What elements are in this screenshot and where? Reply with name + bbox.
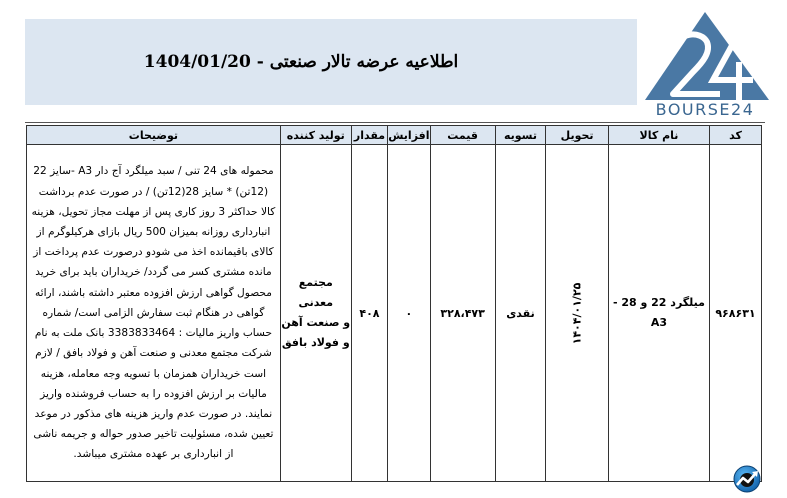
column-header-quantity: مقدار [351, 126, 388, 145]
column-header-description: توضیحات [27, 126, 281, 145]
producer-line-2: و صنعت آهن [281, 313, 351, 333]
divider [25, 122, 765, 123]
cell-producer: مجتمع معدنی و صنعت آهن و فولاد بافق [280, 145, 351, 482]
column-header-increase: افزایش [388, 126, 430, 145]
page-title: اطلاعیه عرضه تالار صنعتی - 1404/01/20 [144, 52, 458, 72]
producer-line-1: مجتمع معدنی [281, 273, 351, 313]
column-header-code: کد [709, 126, 761, 145]
brand-name: BOURSE24 [645, 100, 765, 119]
column-header-name: نام کالا [608, 126, 709, 145]
table-header-row: کد نام کالا تحویل تسویه قیمت افزایش مقدا… [27, 126, 762, 145]
cell-settlement: نقدی [495, 145, 545, 482]
column-header-producer: تولید کننده [280, 126, 351, 145]
title-banner: اطلاعیه عرضه تالار صنعتی - 1404/01/20 [25, 19, 637, 105]
producer-line-3: و فولاد بافق [281, 333, 351, 353]
cell-code: ۹۶۸۶۳۱ [709, 145, 761, 482]
delivery-date: ۱۴۰۴/۰۱/۲۵ [571, 282, 584, 344]
trend-arrow-circle-icon [733, 465, 761, 493]
cell-delivery: ۱۴۰۴/۰۱/۲۵ [546, 145, 609, 482]
cell-price: ۳۲۸،۴۷۳ [430, 145, 495, 482]
cell-name: میلگرد 22 و 28 - A3 [608, 145, 709, 482]
name-line-1: میلگرد 22 و 28 - [609, 293, 709, 313]
table-row: ۹۶۸۶۳۱ میلگرد 22 و 28 - A3 ۱۴۰۴/۰۱/۲۵ نق… [27, 145, 762, 482]
cell-increase: ۰ [388, 145, 430, 482]
cell-quantity: ۴۰۸ [351, 145, 388, 482]
column-header-settlement: تسویه [495, 126, 545, 145]
cell-description: محموله های 24 تنی / سبد میلگرد آج دار A3… [27, 145, 281, 482]
column-header-delivery: تحویل [546, 126, 609, 145]
name-line-2: A3 [609, 313, 709, 333]
column-header-price: قیمت [430, 126, 495, 145]
offers-table: کد نام کالا تحویل تسویه قیمت افزایش مقدا… [26, 125, 762, 482]
